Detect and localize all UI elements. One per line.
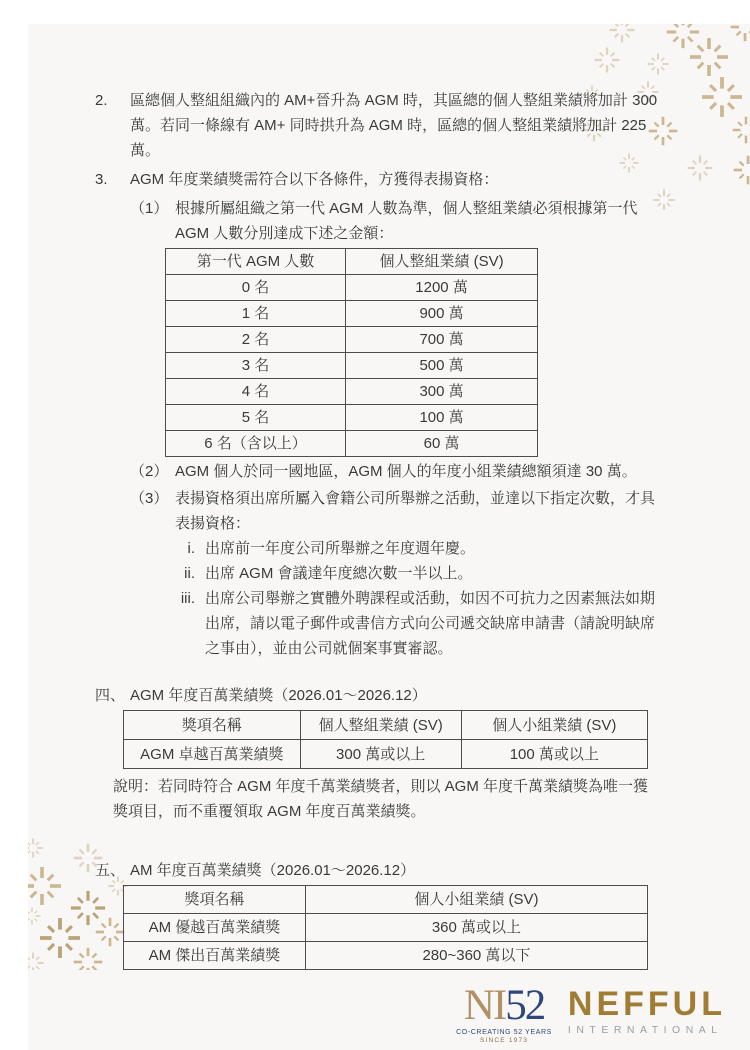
am-million-award-table: 獎項名稱 個人小組業績 (SV) AM 優越百萬業績獎 360 萬或以上 AM … <box>123 885 648 970</box>
table-header-row: 獎項名稱 個人小組業績 (SV) <box>124 886 648 914</box>
ni52-wordmark: NI52 <box>456 986 552 1026</box>
ni52-52: 52 <box>505 982 544 1029</box>
table-cell: 1200 萬 <box>346 275 538 301</box>
nefful-international: INTERNATIONAL <box>568 1024 726 1036</box>
condition-i: i. 出席前一年度公司所舉辦之年度週年慶。 <box>167 536 664 561</box>
table-cell: 900 萬 <box>346 301 538 327</box>
agm-million-award-table: 獎項名稱 個人整組業績 (SV) 個人小組業績 (SV) AGM 卓越百萬業績獎… <box>123 710 648 769</box>
table-row: 1 名 900 萬 <box>166 301 538 327</box>
table-cell: 280~360 萬以下 <box>305 942 647 970</box>
table-row: 0 名 1200 萬 <box>166 275 538 301</box>
table-cell: 700 萬 <box>346 327 538 353</box>
table-cell: 60 萬 <box>346 431 538 457</box>
table-header-cell: 個人小組業績 (SV) <box>461 711 647 740</box>
list-number: iii. <box>167 586 195 611</box>
section-4-heading: 四、 AGM 年度百萬業績獎（2026.01～2026.12） <box>95 683 664 708</box>
agm-headcount-table: 第一代 AGM 人數 個人整組業績 (SV) 0 名 1200 萬 1 名 90… <box>165 248 538 457</box>
list-text: 根據所屬組織之第一代 AGM 人數為準，個人整組業績必須根據第一代 AGM 人數… <box>175 196 664 246</box>
ni52-tagline: CO-CREATING 52 YEARS <box>456 1029 552 1036</box>
list-number: 3. <box>95 167 130 192</box>
table-cell: 5 名 <box>166 405 346 431</box>
document-page: 2. 區總個人整組組織內的 AM+晉升為 AGM 時，其區總的個人整組業績將加計… <box>0 0 750 1050</box>
list-text: 出席 AGM 會議達年度總次數一半以上。 <box>205 561 664 586</box>
table-header-cell: 個人整組業績 (SV) <box>346 249 538 275</box>
table-cell: 2 名 <box>166 327 346 353</box>
list-number: ii. <box>167 561 195 586</box>
section-number: 四、 <box>95 683 130 708</box>
attendance-conditions-list: i. 出席前一年度公司所舉辦之年度週年慶。 ii. 出席 AGM 會議達年度總次… <box>167 536 664 661</box>
table-cell: 0 名 <box>166 275 346 301</box>
table-header-cell: 第一代 AGM 人數 <box>166 249 346 275</box>
table-cell: 4 名 <box>166 379 346 405</box>
list-text: 區總個人整組組織內的 AM+晉升為 AGM 時，其區總的個人整組業績將加計 30… <box>130 88 664 163</box>
table-row: AM 優越百萬業績獎 360 萬或以上 <box>124 914 648 942</box>
list-item-2: 2. 區總個人整組組織內的 AM+晉升為 AGM 時，其區總的個人整組業績將加計… <box>95 88 664 163</box>
ni52-logo: NI52 CO-CREATING 52 YEARS SINCE 1973 <box>456 986 552 1044</box>
table-header-cell: 獎項名稱 <box>124 886 306 914</box>
condition-ii: ii. 出席 AGM 會議達年度總次數一半以上。 <box>167 561 664 586</box>
table-cell: 360 萬或以上 <box>305 914 647 942</box>
table-cell: 100 萬或以上 <box>461 740 647 769</box>
table-cell: 6 名（含以上） <box>166 431 346 457</box>
list-number: i. <box>167 536 195 561</box>
sub-item-3: （3） 表揚資格須出席所屬入會籍公司所舉辦之活動，並達以下指定次數，才具表揚資格… <box>130 486 664 536</box>
ni52-ni: NI <box>464 982 505 1029</box>
condition-iii: iii. 出席公司舉辦之實體外聘課程或活動，如因不可抗力之因素無法如期出席，請以… <box>167 586 664 661</box>
list-item-3: 3. AGM 年度業績獎需符合以下各條件，方獲得表揚資格： <box>95 167 664 192</box>
table-row: AM 傑出百萬業績獎 280~360 萬以下 <box>124 942 648 970</box>
table-cell: AM 傑出百萬業績獎 <box>124 942 306 970</box>
footer-logos: NI52 CO-CREATING 52 YEARS SINCE 1973 NEF… <box>456 986 726 1044</box>
table-header-cell: 獎項名稱 <box>124 711 301 740</box>
table-row: 5 名 100 萬 <box>166 405 538 431</box>
table-cell: AGM 卓越百萬業績獎 <box>124 740 301 769</box>
table-header-row: 第一代 AGM 人數 個人整組業績 (SV) <box>166 249 538 275</box>
table-header-row: 獎項名稱 個人整組業績 (SV) 個人小組業績 (SV) <box>124 711 648 740</box>
section-title: AM 年度百萬業績獎（2026.01～2026.12） <box>130 858 415 883</box>
sub-item-1: （1） 根據所屬組織之第一代 AGM 人數為準，個人整組業績必須根據第一代 AG… <box>130 196 664 246</box>
list-text: 出席公司舉辦之實體外聘課程或活動，如因不可抗力之因素無法如期出席，請以電子郵件或… <box>205 586 664 661</box>
list-text: AGM 年度業績獎需符合以下各條件，方獲得表揚資格： <box>130 167 664 192</box>
table-row: 2 名 700 萬 <box>166 327 538 353</box>
table-cell: 100 萬 <box>346 405 538 431</box>
list-text: 出席前一年度公司所舉辦之年度週年慶。 <box>205 536 664 561</box>
table-header-cell: 個人整組業績 (SV) <box>300 711 461 740</box>
table-cell: 3 名 <box>166 353 346 379</box>
table-cell: 300 萬 <box>346 379 538 405</box>
section-number: 五、 <box>95 858 130 883</box>
table-row: AGM 卓越百萬業績獎 300 萬或以上 100 萬或以上 <box>124 740 648 769</box>
list-number: （2） <box>130 459 175 484</box>
section-5-heading: 五、 AM 年度百萬業績獎（2026.01～2026.12） <box>95 858 664 883</box>
table-cell: 1 名 <box>166 301 346 327</box>
list-number: （1） <box>130 196 175 221</box>
list-number: 2. <box>95 88 130 113</box>
nefful-logo: NEFFUL INTERNATIONAL <box>568 986 726 1036</box>
list-number: （3） <box>130 486 175 511</box>
table-header-cell: 個人小組業績 (SV) <box>305 886 647 914</box>
ni52-since: SINCE 1973 <box>456 1037 552 1044</box>
section-title: AGM 年度百萬業績獎（2026.01～2026.12） <box>130 683 427 708</box>
list-text: 表揚資格須出席所屬入會籍公司所舉辦之活動，並達以下指定次數，才具表揚資格： <box>175 486 664 536</box>
sub-item-2: （2） AGM 個人於同一國地區，AGM 個人的年度小組業績總額須達 30 萬。 <box>130 459 664 484</box>
section-4-note: 說明：若同時符合 AGM 年度千萬業績獎者，則以 AGM 年度千萬業績獎為唯一獲… <box>113 774 661 824</box>
table-row: 3 名 500 萬 <box>166 353 538 379</box>
table-row: 4 名 300 萬 <box>166 379 538 405</box>
nefful-wordmark: NEFFUL <box>568 988 726 1020</box>
table-row: 6 名（含以上） 60 萬 <box>166 431 538 457</box>
table-cell: 500 萬 <box>346 353 538 379</box>
table-cell: 300 萬或以上 <box>300 740 461 769</box>
document-body: 2. 區總個人整組組織內的 AM+晉升為 AGM 時，其區總的個人整組業績將加計… <box>0 0 750 970</box>
list-text: AGM 個人於同一國地區，AGM 個人的年度小組業績總額須達 30 萬。 <box>175 459 664 484</box>
table-cell: AM 優越百萬業績獎 <box>124 914 306 942</box>
